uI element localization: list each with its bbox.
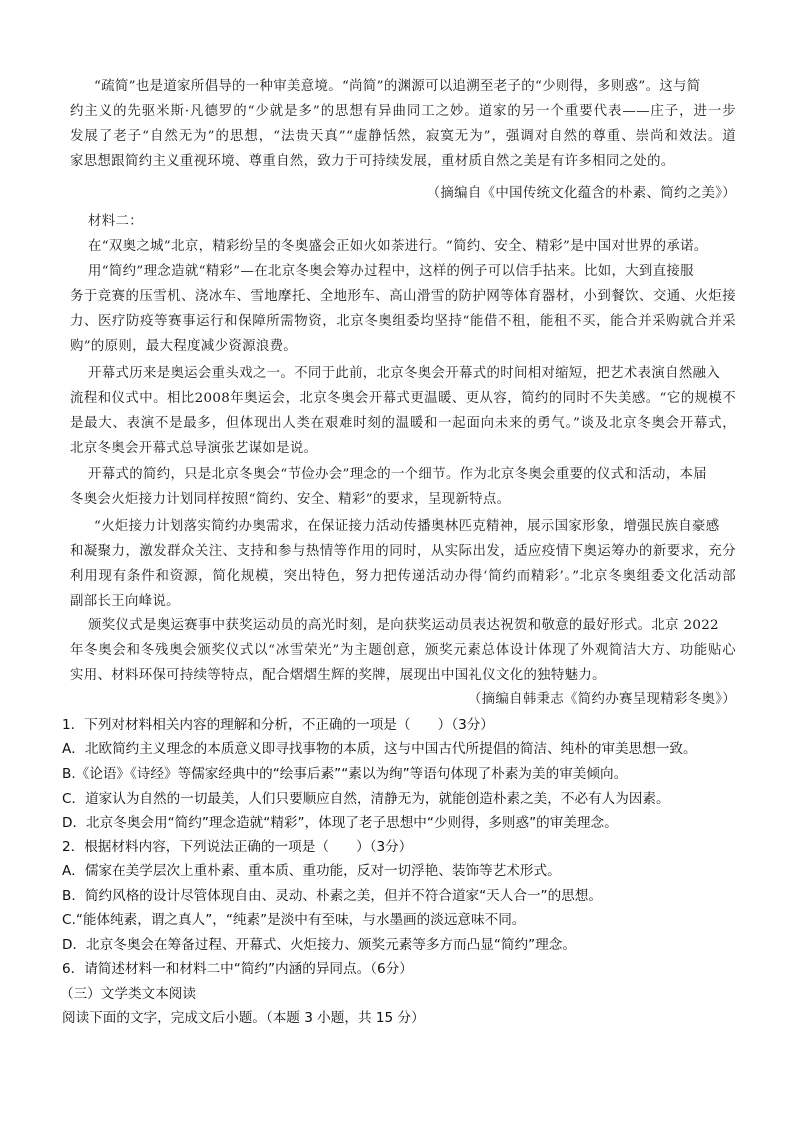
question-stem-1: 1．下列对材料相关内容的理解和分析，不正确的一项是（ ）（3分） bbox=[62, 716, 494, 734]
source-citation: （摘编自《中国传统文化蕴含的朴素、简约之美》） bbox=[300, 185, 736, 203]
question-option: B．简约风格的设计尽管体现自由、灵动、朴素之美，但并不符合道家“天人合一”的思想… bbox=[62, 887, 602, 905]
paragraph-line: 务于竞赛的压雪机、浇冰车、雪地摩托、全地形车、高山滑雪的防护网等体育器材，小到餐… bbox=[70, 288, 736, 306]
paragraph-line: “疏简”也是道家所倡导的一种审美意境。“尚简”的渊源可以追溯至老子的“少则得，多… bbox=[94, 78, 736, 96]
paragraph-line: 实用、材料环保可持续等特点，配合熠熠生辉的奖牌，展现出中国礼仪文化的独特魅力。 bbox=[70, 667, 606, 685]
section-instruction: 阅读下面的文字，完成文后小题。（本题 3 小题，共 15 分） bbox=[62, 1009, 425, 1027]
paragraph-line: 是最大、表演不是最多，但体现出人类在艰难时刻的温暖和一起面向未来的勇气。”谈及北… bbox=[70, 415, 736, 433]
paragraph-line: 用“简约”理念造就“精彩”—在北京冬奥会筹办过程中，这样的例子可以信手拈来。比如… bbox=[88, 263, 736, 281]
question-option: C．道家认为自然的一切最美，人们只要顺应自然，清静无为，就能创造朴素之美，不必有… bbox=[62, 790, 670, 808]
paragraph-line: 年冬奥会和冬残奥会颁奖仪式以“冰雪荣光”为主题创意，颁奖元素总体设计体现了外观简… bbox=[70, 642, 736, 660]
question-option: B.《论语》《诗经》等儒家经典中的“绘事后素”“素以为绚”等语句体现了朴素为美的… bbox=[62, 765, 627, 783]
paragraph-line: 副部长王向峰说。 bbox=[70, 593, 180, 611]
paragraph-line: 利用现有条件和资源，简化规模，突出特色，努力把传递活动办得‘简约而精彩’。”北京… bbox=[70, 568, 736, 586]
paragraph-line: 开幕式历来是奥运会重头戏之一。不同于此前，北京冬奥会开幕式的时间相对缩短，把艺术… bbox=[88, 365, 736, 383]
paragraph-line: 购”的原则，最大程度减少资源浪费。 bbox=[70, 338, 297, 356]
question-stem-2: 2．根据材料内容，下列说法正确的一项是（ ）（3分） bbox=[62, 838, 412, 856]
paragraph-line: 流程和仪式中。相比2008年奥运会，北京冬奥会开幕式更温暖、更从容，简约的同时不… bbox=[70, 390, 736, 408]
paragraph-line: 和凝聚力，激发群众关注、支持和参与热情等作用的同时，从实际出发，适应疫情下奥运筹… bbox=[70, 543, 736, 561]
question-option: A．北欧简约主义理念的本质意义即寻找事物的本质，这与中国古代所提倡的简洁、纯朴的… bbox=[62, 740, 697, 758]
paragraph-line: 约主义的先驱米斯·凡德罗的“少就是多”的思想有异曲同工之妙。道家的另一个重要代表… bbox=[70, 103, 736, 121]
paragraph-line: 力、医疗防疫等赛事运行和保障所需物资，北京冬奥组委均坚持“能借不租，能租不买，能… bbox=[70, 313, 736, 331]
paragraph-line: 北京冬奥会开幕式总导演张艺谋如是说。 bbox=[70, 440, 317, 458]
question-option: A．儒家在美学层次上重朴素、重本质、重功能，反对一切浮艳、装饰等艺术形式。 bbox=[62, 862, 561, 880]
paragraph-line: 发展了老子“自然无为”的思想，“法贵天真”“虚静恬然，寂寞无为”，强调对自然的尊… bbox=[70, 128, 736, 146]
section-heading-three: （三）文学类文本阅读 bbox=[60, 985, 196, 1003]
paragraph-line: 颁奖仪式是奥运赛事中获奖运动员的高光时刻，是向获奖运动员表达祝贺和敬意的最好形式… bbox=[88, 617, 736, 635]
exam-page: “疏简”也是道家所倡导的一种审美意境。“尚简”的渊源可以追溯至老子的“少则得，多… bbox=[0, 0, 794, 1123]
source-citation: （摘编自韩秉志《简约办赛呈现精彩冬奥》） bbox=[300, 691, 736, 709]
paragraph-line: 开幕式的简约，只是北京冬奥会“节俭办会”理念的一个细节。作为北京冬奥会重要的仪式… bbox=[88, 466, 736, 484]
question-option: C.“能体纯素，谓之真人”，“纯素”是淡中有至味，与水墨画的淡远意味不同。 bbox=[62, 911, 525, 929]
paragraph-line: “火炬接力计划落实简约办奥需求，在保证接力活动传播奥林匹克精神，展示国家形象，增… bbox=[94, 518, 736, 536]
section-heading-material-two: 材料二： bbox=[88, 213, 143, 231]
paragraph-line: 在“双奥之城”北京，精彩纷呈的冬奥盛会正如火如荼进行。“简约、安全、精彩”是中国… bbox=[88, 238, 736, 256]
paragraph-line: 冬奥会火炬接力计划同样按照“简约、安全、精彩”的要求，呈现新特点。 bbox=[70, 491, 510, 509]
question-option: D．北京冬奥会在筹备过程、开幕式、火炬接力、颁奖元素等多方而凸显“简约”理念。 bbox=[62, 936, 576, 954]
question-stem-6: 6．请简述材料一和材料二中“简约”内涵的异同点。（6分） bbox=[62, 960, 413, 978]
question-option: D．北京冬奥会用“简约”理念造就“精彩”，体现了老子思想中“少则得，多则惑”的审… bbox=[62, 814, 618, 832]
paragraph-line: 家思想跟简约主义重视环境、尊重自然，致力于可持续发展，重材质自然之美是有许多相同… bbox=[70, 153, 736, 171]
